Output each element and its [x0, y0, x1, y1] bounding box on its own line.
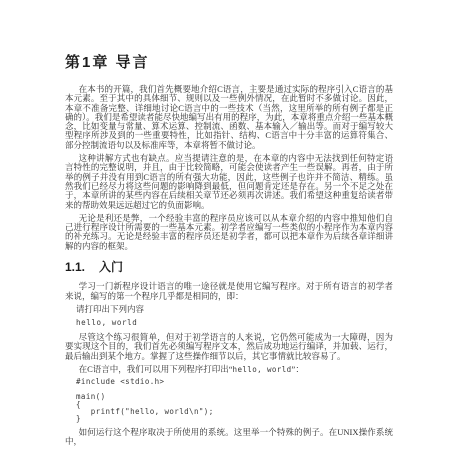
- chapter-heading: 第1章 导言: [65, 54, 393, 72]
- code-intro-line: 在C语言中，我们可以用下列程序打印出“hello, world”：: [65, 365, 393, 374]
- intro-paragraph-1: 在本书的开篇，我们首先概要地介绍C语言，主要是通过实际的程序引入C语言的基本元素…: [65, 85, 393, 150]
- section-heading: 1.1.入门: [65, 261, 393, 274]
- intro-paragraph-2: 这种讲解方式也有缺点。应当提请注意的是，在本章的内容中无法找到任何特定语言特性的…: [65, 154, 393, 210]
- c-source-code-block: #include <stdio.h> main() { printf("hell…: [76, 378, 393, 422]
- section-paragraph-1: 学习一门新程序设计语言的唯一途径就是使用它编写程序。对于所有语言的初学者来说，编…: [65, 282, 393, 301]
- section-title: 入门: [99, 260, 123, 274]
- code-intro-suffix: ”：: [292, 364, 304, 374]
- book-page: 第1章 导言 在本书的开篇，我们首先概要地介绍C语言，主要是通过实际的程序引入C…: [0, 0, 452, 452]
- print-instruction: 请打印出下列内容: [76, 305, 393, 314]
- code-intro-quoted-output: hello, world: [233, 365, 292, 374]
- section-paragraph-3: 如何运行这个程序取决于所使用的系统。这里举一个特殊的例子。在UNIX操作系统中，: [65, 428, 393, 447]
- code-intro-prefix: 在C语言中，我们可以用下列程序打印出“: [79, 364, 233, 374]
- section-paragraph-2: 尽管这个练习很简单，但对于初学语言的人来说，它仍然可能成为一大障碍，因为要实现这…: [65, 333, 393, 361]
- intro-paragraph-3: 无论是利还是弊，一个经验丰富的程序员应该可以从本章介绍的内容中推知他们自己进行程…: [65, 214, 393, 251]
- program-output-line: hello, world: [76, 318, 393, 327]
- section-number: 1.1.: [65, 260, 85, 274]
